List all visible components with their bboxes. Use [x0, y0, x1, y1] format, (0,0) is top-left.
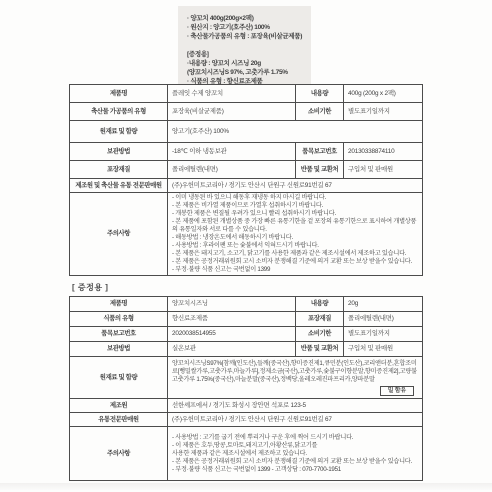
- table-row: 원재료 및 함량 양꼬치시즈닝S97%[참깨(인도산),들깨(중국산),향미증진…: [70, 357, 423, 399]
- caution-line: - 부정·불량 식품 신고는 국번없이 1399 - 고객상담 : 070-77…: [172, 466, 418, 474]
- field-label: 원재료 및 함량: [70, 357, 168, 399]
- table-row: 유통전문판매원 (주)우헌미트코리아 / 경기도 안산시 단원구 신원로91번길…: [70, 413, 423, 427]
- field-value: 별도표기일까지: [344, 103, 423, 121]
- promo-line: [증정용]: [187, 50, 302, 59]
- field-value: 20g: [344, 297, 423, 312]
- field-value: 폴리에틸렌(내면): [344, 312, 423, 327]
- field-label: 포장재질: [296, 312, 344, 327]
- field-value: 2020038514955: [168, 327, 296, 342]
- field-label: 원재료 및 함량: [70, 121, 168, 143]
- photo-edge-shade: [0, 483, 492, 490]
- product-info-sheet: · 양꼬치 400g(200g×2팩) · 원산지 : 양고기(호주산) 100…: [0, 0, 492, 492]
- field-label: 보관방법: [70, 342, 168, 357]
- field-value: 향신료조제품: [168, 312, 296, 327]
- field-label: 반품 및 교환처: [296, 342, 344, 357]
- field-value: 선한셰프에서 / 경기도 화성시 장안면 석포로 123-5: [168, 399, 423, 413]
- table-row: 주의사항 - 이미 냉동된 바 있으니 해동후 재냉동 하지 마시길 바랍니다.…: [70, 193, 423, 276]
- field-label: 반품 및 교환처: [296, 161, 344, 179]
- field-label: 내용량: [296, 85, 344, 103]
- caution-line: - 본 제품은 공정거래위원회 고시 소비자 분쟁해결 기준에 의거 교환 또는…: [172, 258, 418, 266]
- field-value: 양꼬치시즈닝: [168, 297, 296, 312]
- caution-line: - 해동방법 : 냉장온도에서 해동하시기 바랍니다.: [172, 234, 418, 242]
- table-row: 제조원 및 축산물 유통 전문판매원 (주)우헌미트코리아 / 경기도 안산시 …: [70, 179, 423, 193]
- field-value: 구입처 및 판매원: [344, 342, 423, 357]
- caution-line: 사용한 제품과 같은 제조시설에서 제조하고 있습니다.: [172, 450, 418, 458]
- caution-line: - 본 제품은 비가열 제품이므로 가열후 섭취하시기 바랍니다.: [172, 202, 418, 210]
- field-label: 축산물 가공품의 유형: [70, 103, 168, 121]
- field-value: (주)우헌미트코리아 / 경기도 안산시 단원구 신원로91번길 67: [168, 179, 423, 193]
- field-value: 포장육(비살균제품): [168, 103, 296, 121]
- table-row: 품목보고번호 2020038514955 소비기한 별도표기일까지: [70, 327, 423, 342]
- field-value: 구입처 및 판매원: [344, 161, 423, 179]
- table-row: 제조원 선한셰프에서 / 경기도 화성시 장안면 석포로 123-5: [70, 399, 423, 413]
- promo-line: · 원산지 : 양고기(호주산) 100%: [187, 23, 302, 32]
- ingredients-text: 양꼬치시즈닝S97%[참깨(인도산),들깨(중국산),향미증진제1,큐민분(인도…: [172, 360, 417, 383]
- field-value: -18℃ 이하 냉동보관: [168, 143, 296, 161]
- caution-line: - 부정·불량 식품 신고는 국번없이 1399: [172, 266, 418, 274]
- field-label: 제품명: [70, 297, 168, 312]
- field-label: 보관방법: [70, 143, 168, 161]
- field-value: 양고기(호주산) 100%: [168, 121, 423, 143]
- field-value: 실온보관: [168, 342, 296, 357]
- gift-section-heading: [ 증정용 ]: [72, 282, 108, 293]
- promo-line: (양꼬치시즈닝S 97%, 고춧가루 1.75%: [187, 68, 302, 77]
- caution-line: - 이미 냉동된 바 있으니 해동후 재냉동 하지 마시길 바랍니다.: [172, 194, 418, 202]
- field-label: 포장재질: [70, 161, 168, 179]
- allergen-badge: 밀 함유: [380, 386, 414, 396]
- field-label: 주의사항: [70, 427, 168, 481]
- field-value: 별도표기일까지: [344, 327, 423, 342]
- caution-list: - 이미 냉동된 바 있으니 해동후 재냉동 하지 마시길 바랍니다. - 본 …: [168, 193, 423, 276]
- caution-line: - 사용방법 : 고기를 굽기 전에 뿌리거나 구운 후에 찍어 드시기 바랍니…: [172, 434, 418, 442]
- field-label: 제조원 및 축산물 유통 전문판매원: [70, 179, 168, 193]
- caution-line: - 이 제품은 호두,땅콩,토마토,돼지고기,아황산류,닭고기를: [172, 442, 418, 450]
- field-value: 400g (200g x 2팩): [344, 85, 423, 103]
- field-label: 내용량: [296, 297, 344, 312]
- caution-line: - 본 제품은 공정거래위원회 고시 소비자 분쟁해결 기준에 의거 교환 또는…: [172, 458, 418, 466]
- field-label: 품목보고번호: [70, 327, 168, 342]
- table-row: 보관방법 -18℃ 이하 냉동보관 품목보고번호 20130338874110: [70, 143, 423, 161]
- table-row: 원재료 및 함량 양고기(호주산) 100%: [70, 121, 423, 143]
- caution-list: - 사용방법 : 고기를 굽기 전에 뿌리거나 구운 후에 찍어 드시기 바랍니…: [168, 427, 423, 481]
- caution-line: - 본 제품에 포함된 개별상품 중 가장 빠른 유통기한을 겉 포장의 유통기…: [172, 218, 418, 234]
- promo-line: ·내용량 : 양꼬치 시즈닝 20g: [187, 59, 302, 68]
- field-label: 소비기한: [296, 327, 344, 342]
- caution-line: - 본 제품은 돼지고기, 소고기, 닭고기를 사용한 제품과 같은 제조시설에…: [172, 250, 418, 258]
- table-row: 주의사항 - 사용방법 : 고기를 굽기 전에 뿌리거나 구운 후에 찍어 드시…: [70, 427, 423, 481]
- field-value: 플레잇 수제 양꼬치: [168, 85, 296, 103]
- field-label: 제품명: [70, 85, 168, 103]
- promo-line: · 축산물가공품의 유형 : 포장육(비살균제품): [187, 32, 302, 41]
- caution-line: - 사용방법 : 후라이팬 또는 숯불에서 익혀드시기 바랍니다.: [172, 242, 418, 250]
- table-row: 제품명 플레잇 수제 양꼬치 내용량 400g (200g x 2팩): [70, 85, 423, 103]
- promo-line: [187, 41, 302, 50]
- field-label: 주의사항: [70, 193, 168, 276]
- field-label: 품목보고번호: [296, 143, 344, 161]
- table-row: 식품의 유형 향신료조제품 포장재질 폴리에틸렌(내면): [70, 312, 423, 327]
- caution-line: - 개봉한 제품은 변질될 우려가 있으니 빨리 섭취하시기 바랍니다.: [172, 210, 418, 218]
- field-label: 식품의 유형: [70, 312, 168, 327]
- main-product-table: 제품명 플레잇 수제 양꼬치 내용량 400g (200g x 2팩) 축산물 …: [69, 84, 423, 276]
- table-row: 제품명 양꼬치시즈닝 내용량 20g: [70, 297, 423, 312]
- promo-summary-box: · 양꼬치 400g(200g×2팩) · 원산지 : 양고기(호주산) 100…: [178, 6, 311, 93]
- field-value: 폴리에틸렌(내면): [168, 161, 296, 179]
- table-row: 보관방법 실온보관 반품 및 교환처 구입처 및 판매원: [70, 342, 423, 357]
- table-row: 축산물 가공품의 유형 포장육(비살균제품) 소비기한 별도표기일까지: [70, 103, 423, 121]
- ingredients-cell: 양꼬치시즈닝S97%[참깨(인도산),들깨(중국산),향미증진제1,큐민분(인도…: [168, 357, 423, 399]
- field-label: 유통전문판매원: [70, 413, 168, 427]
- field-value: 20130338874110: [344, 143, 423, 161]
- field-value: (주)우헌미트코리아 / 경기도 안산시 단원구 신원로91번길 67: [168, 413, 423, 427]
- gift-product-table: 제품명 양꼬치시즈닝 내용량 20g 식품의 유형 향신료조제품 포장재질 폴리…: [69, 296, 423, 481]
- field-label: 제조원: [70, 399, 168, 413]
- table-row: 포장재질 폴리에틸렌(내면) 반품 및 교환처 구입처 및 판매원: [70, 161, 423, 179]
- promo-line: · 양꼬치 400g(200g×2팩): [187, 14, 302, 23]
- field-label: 소비기한: [296, 103, 344, 121]
